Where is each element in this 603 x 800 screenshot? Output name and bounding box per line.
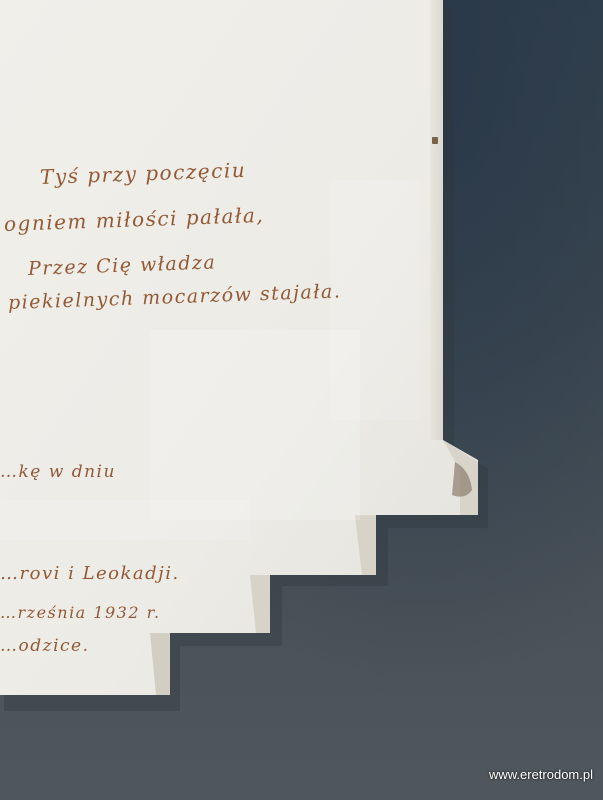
inscription-line-8: …odzice. bbox=[0, 636, 90, 656]
porcelain-plaque bbox=[0, 0, 603, 800]
glaze-chip bbox=[432, 137, 438, 144]
plaque-shape bbox=[0, 0, 603, 800]
inscription-line-7: …rześnia 1932 r. bbox=[0, 603, 161, 622]
inscription-line-5: …kę w dniu bbox=[0, 462, 116, 482]
inscription-line-6: …rovi i Leokadji. bbox=[0, 563, 180, 584]
watermark-text: www.eretrodom.pl bbox=[489, 767, 593, 782]
